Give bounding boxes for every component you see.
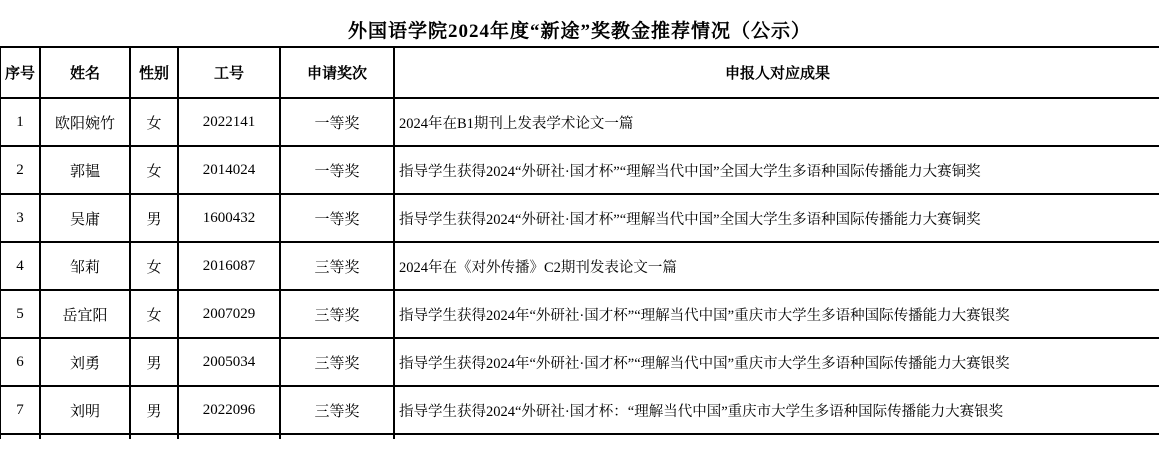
cell-employee-id: 2007029 — [178, 290, 280, 338]
table-row-partial — [0, 434, 1159, 439]
cell-gender: 男 — [130, 386, 178, 434]
award-recommendation-table: 序号 姓名 性别 工号 申请奖次 申报人对应成果 1 欧阳婉竹 女 202214… — [0, 46, 1159, 439]
table-row: 5 岳宜阳 女 2007029 三等奖 指导学生获得2024年“外研社·国才杯”… — [0, 290, 1159, 338]
cell-employee-id — [178, 434, 280, 439]
cell-name: 岳宜阳 — [40, 290, 130, 338]
cell-employee-id: 2014024 — [178, 146, 280, 194]
cell-name: 刘勇 — [40, 338, 130, 386]
column-header-index: 序号 — [0, 47, 40, 98]
cell-award-level: 三等奖 — [280, 290, 394, 338]
cell-index: 6 — [0, 338, 40, 386]
cell-name: 欧阳婉竹 — [40, 98, 130, 146]
cell-name: 郭韫 — [40, 146, 130, 194]
cell-index: 7 — [0, 386, 40, 434]
cell-gender: 女 — [130, 242, 178, 290]
cell-gender: 男 — [130, 194, 178, 242]
cell-award-level: 三等奖 — [280, 386, 394, 434]
table-row: 1 欧阳婉竹 女 2022141 一等奖 2024年在B1期刊上发表学术论文一篇 — [0, 98, 1159, 146]
cell-name: 邹莉 — [40, 242, 130, 290]
table-row: 3 吴庸 男 1600432 一等奖 指导学生获得2024“外研社·国才杯”“理… — [0, 194, 1159, 242]
column-header-name: 姓名 — [40, 47, 130, 98]
cell-name: 刘明 — [40, 386, 130, 434]
cell-employee-id: 2022096 — [178, 386, 280, 434]
cell-employee-id: 1600432 — [178, 194, 280, 242]
cell-index: 3 — [0, 194, 40, 242]
column-header-achievement: 申报人对应成果 — [394, 47, 1159, 98]
table-row: 6 刘勇 男 2005034 三等奖 指导学生获得2024年“外研社·国才杯”“… — [0, 338, 1159, 386]
cell-achievement: 2024年在B1期刊上发表学术论文一篇 — [394, 98, 1159, 146]
cell-achievement: 指导学生获得2024“外研社·国才杯：“理解当代中国”重庆市大学生多语种国际传播… — [394, 386, 1159, 434]
cell-index: 5 — [0, 290, 40, 338]
cell-index: 4 — [0, 242, 40, 290]
cell-achievement: 2024年在《对外传播》C2期刊发表论文一篇 — [394, 242, 1159, 290]
cell-employee-id: 2022141 — [178, 98, 280, 146]
cell-gender: 男 — [130, 338, 178, 386]
cell-award-level: 一等奖 — [280, 194, 394, 242]
cell-employee-id: 2016087 — [178, 242, 280, 290]
cell-name: 吴庸 — [40, 194, 130, 242]
column-header-gender: 性别 — [130, 47, 178, 98]
table-row: 2 郭韫 女 2014024 一等奖 指导学生获得2024“外研社·国才杯”“理… — [0, 146, 1159, 194]
cell-achievement: 指导学生获得2024年“外研社·国才杯”“理解当代中国”重庆市大学生多语种国际传… — [394, 290, 1159, 338]
cell-award-level: 一等奖 — [280, 146, 394, 194]
cell-award-level: 三等奖 — [280, 242, 394, 290]
cell-index: 1 — [0, 98, 40, 146]
cell-achievement: 指导学生获得2024年“外研社·国才杯”“理解当代中国”重庆市大学生多语种国际传… — [394, 338, 1159, 386]
cell-achievement — [394, 434, 1159, 439]
page-title: 外国语学院2024年度“新途”奖教金推荐情况（公示） — [0, 0, 1159, 46]
cell-name — [40, 434, 130, 439]
cell-achievement: 指导学生获得2024“外研社·国才杯”“理解当代中国”全国大学生多语种国际传播能… — [394, 146, 1159, 194]
column-header-employee-id: 工号 — [178, 47, 280, 98]
cell-gender: 女 — [130, 98, 178, 146]
cell-gender: 女 — [130, 290, 178, 338]
cell-achievement: 指导学生获得2024“外研社·国才杯”“理解当代中国”全国大学生多语种国际传播能… — [394, 194, 1159, 242]
cell-index — [0, 434, 40, 439]
cell-award-level: 一等奖 — [280, 98, 394, 146]
cell-gender — [130, 434, 178, 439]
cell-index: 2 — [0, 146, 40, 194]
cell-employee-id: 2005034 — [178, 338, 280, 386]
table-header-row: 序号 姓名 性别 工号 申请奖次 申报人对应成果 — [0, 47, 1159, 98]
cell-award-level: 三等奖 — [280, 338, 394, 386]
cell-award-level — [280, 434, 394, 439]
table-row: 7 刘明 男 2022096 三等奖 指导学生获得2024“外研社·国才杯：“理… — [0, 386, 1159, 434]
table-row: 4 邹莉 女 2016087 三等奖 2024年在《对外传播》C2期刊发表论文一… — [0, 242, 1159, 290]
column-header-award-level: 申请奖次 — [280, 47, 394, 98]
cell-gender: 女 — [130, 146, 178, 194]
